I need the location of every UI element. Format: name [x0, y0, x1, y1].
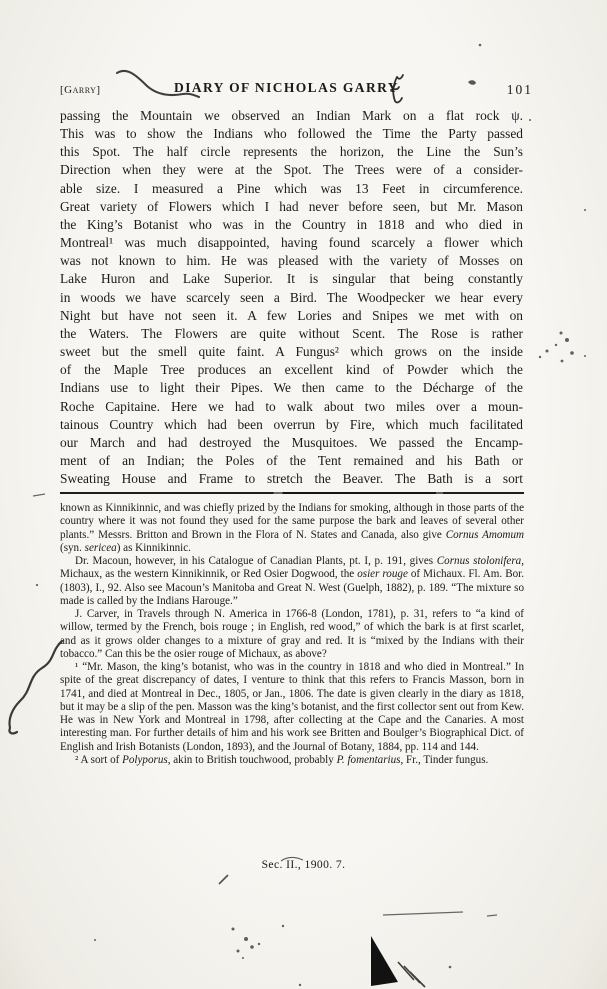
text-line: Indians use to light their Pipes. We the… [60, 379, 523, 397]
pen-line-bottom [383, 912, 497, 916]
footnote-paragraph: known as Kinnikinnic, and was chiefly pr… [60, 502, 524, 555]
scanned-book-page: [Garry] DIARY OF NICHOLAS GARRY 101 pass… [0, 0, 607, 989]
text-line: Roche Capitaine. Here we had to walk abo… [60, 398, 523, 416]
text-line: able size. I measured a Pine which was 1… [60, 180, 523, 198]
text-line: Sweating House and Frame to stretch the … [60, 470, 523, 488]
text-line: this Spot. The half circle represents th… [60, 143, 523, 161]
text-line: in woods we have scarcely seen a Bird. T… [60, 289, 523, 307]
footnote-separator-rule [60, 492, 524, 494]
ink-margin-stroke [9, 641, 62, 733]
footnotes-block: known as Kinnikinnic, and was chiefly pr… [60, 502, 524, 767]
text-line: the King’s Botanist who was in the Count… [60, 216, 523, 234]
diary-text-block: passing the Mountain we observed an Indi… [60, 107, 523, 488]
page-header: [Garry] DIARY OF NICHOLAS GARRY 101 [60, 80, 533, 102]
text-line: the Waters. The Flowers are quite withou… [60, 325, 523, 343]
text-line: sweet but the smell quite faint. A Fungu… [60, 343, 523, 361]
footnote-paragraph: J. Carver, in Travels through N. America… [60, 608, 524, 661]
text-line: passing the Mountain we observed an Indi… [60, 107, 523, 125]
text-line: Lake Huron and Lake Superior. It is sing… [60, 270, 523, 288]
text-line: our March and had destroyed the Musquito… [60, 434, 523, 452]
text-line: was not known to him. He was pleased wit… [60, 252, 523, 270]
text-line: ment of an Indian; the Poles of the Tent… [60, 452, 523, 470]
pen-tick-small [219, 875, 228, 884]
text-line: tainous Country which had been overrun b… [60, 416, 523, 434]
page-number: 101 [507, 82, 533, 98]
text-line: Night but have not seen it. A few Lories… [60, 307, 523, 325]
footnote-paragraph: ¹ “Mr. Mason, the king’s botanist, who w… [60, 661, 524, 754]
text-line: of the Maple Tree produces an excellent … [60, 361, 523, 379]
running-head-title: DIARY OF NICHOLAS GARRY [100, 80, 473, 96]
running-head-author: [Garry] [60, 84, 101, 96]
text-line: Great variety of Flowers which I had nev… [60, 198, 523, 216]
text-line: Direction when they were at the Spot. Th… [60, 161, 523, 179]
margin-dash [33, 494, 45, 496]
footnote-paragraph: ² A sort of Polyporus, akin to British t… [60, 754, 524, 767]
text-line: Montreal¹ was much disappointed, having … [60, 234, 523, 252]
scan-blotch-hatch [398, 962, 425, 987]
scan-blotch [371, 936, 398, 986]
text-line: This was to show the Indians who followe… [60, 125, 523, 143]
signature-line: Sec. II., 1900. 7. [0, 858, 607, 871]
footnote-paragraph: Dr. Macoun, however, in his Catalogue of… [60, 555, 524, 608]
